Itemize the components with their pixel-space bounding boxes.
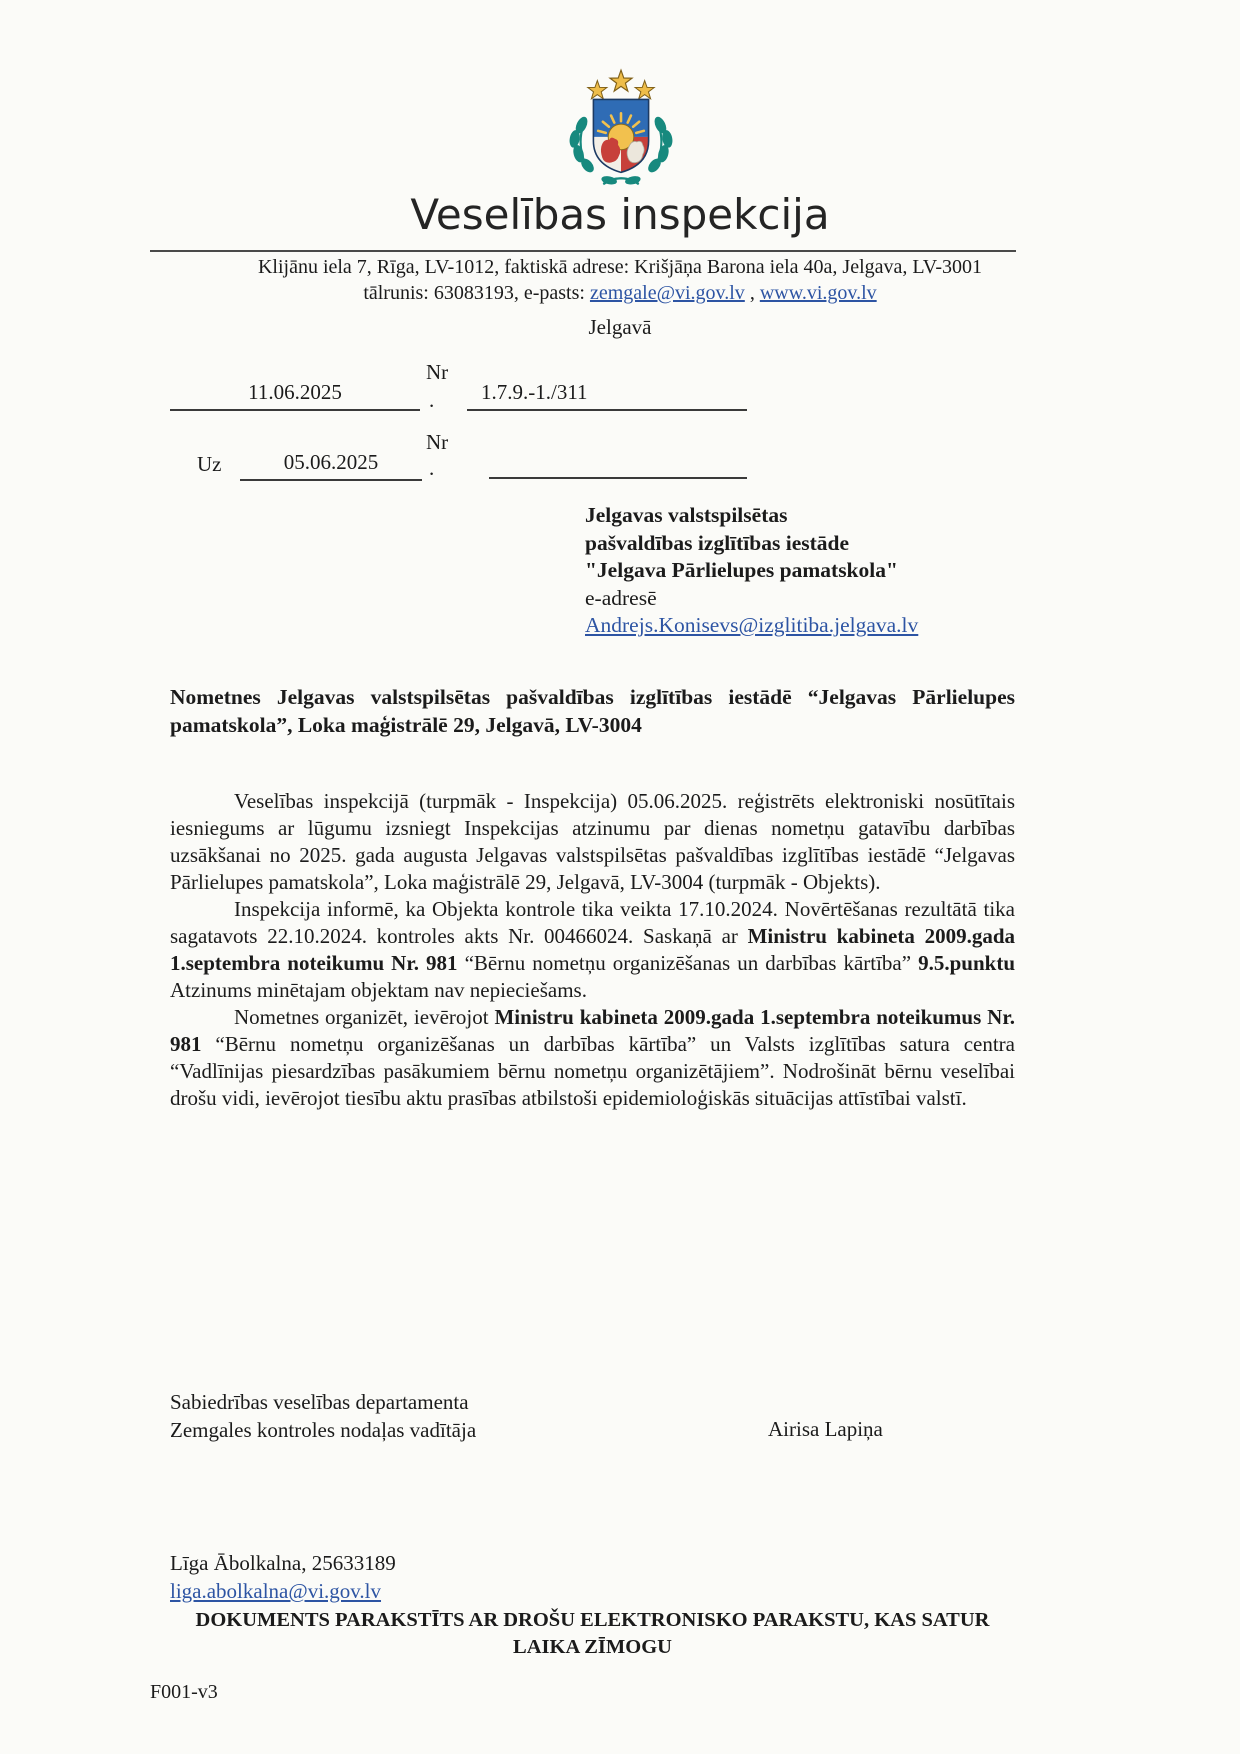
org-email-link[interactable]: zemgale@vi.gov.lv [590, 282, 745, 304]
body-paragraph: Inspekcija informē, ka Objekta kontrole … [170, 896, 1015, 1004]
org-contact-line: tālrunis: 63083193, e-pasts: zemgale@vi.… [0, 282, 1240, 305]
recipient-email-link[interactable]: Andrejs.Konisevs@izglitiba.jelgava.lv [585, 613, 918, 637]
place-name: Jelgavā [0, 315, 1240, 340]
incoming-number-field [489, 450, 747, 479]
outgoing-number-field: 1.7.9.-1./311 [467, 380, 747, 411]
esign-note-line: DOKUMENTS PARAKSTĪTS AR DROŠU ELEKTRONIS… [170, 1607, 1015, 1634]
recipient-block: Jelgavas valstspilsētas pašvaldības izgl… [585, 502, 918, 640]
latvia-coat-of-arms-icon [552, 66, 690, 198]
header-divider [150, 250, 1016, 252]
org-website-link[interactable]: www.vi.gov.lv [760, 282, 877, 304]
subject-heading: Nometnes Jelgavas valstspilsētas pašvald… [170, 684, 1015, 739]
letter-body: Veselības inspekcijā (turpmāk - Inspekci… [170, 788, 1015, 1112]
dot-separator: . [429, 456, 434, 481]
org-address-line: Klijānu iela 7, Rīga, LV-1012, faktiskā … [0, 256, 1240, 279]
outgoing-date-field: 11.06.2025 [170, 380, 420, 411]
document-page: Veselības inspekcija Klijānu iela 7, Rīg… [0, 0, 1240, 1754]
link-separator: , [745, 282, 760, 304]
org-title: Veselības inspekcija [0, 190, 1240, 239]
signature-dept-line: Sabiedrības veselības departamenta [170, 1388, 476, 1416]
recipient-eaddress-label: e-adresē [585, 585, 918, 613]
recipient-line: "Jelgava Pārlielupes pamatskola" [585, 557, 918, 585]
form-code: F001-v3 [150, 1681, 218, 1704]
body-paragraph: Nometnes organizēt, ievērojot Ministru k… [170, 1004, 1015, 1112]
dot-separator: . [429, 388, 434, 413]
signature-block: Sabiedrības veselības departamenta Zemga… [170, 1388, 476, 1444]
signature-title-line: Zemgales kontroles nodaļas vadītāja [170, 1416, 476, 1444]
body-paragraph: Veselības inspekcijā (turpmāk - Inspekci… [170, 788, 1015, 896]
esign-note-line: LAIKA ZĪMOGU [170, 1634, 1015, 1661]
contact-email-link[interactable]: liga.abolkalna@vi.gov.lv [170, 1579, 381, 1603]
uz-label: Uz [197, 452, 222, 477]
contact-person: Līga Ābolkalna, 25633189 [170, 1551, 396, 1576]
recipient-line: pašvaldības izglītības iestāde [585, 530, 918, 558]
recipient-line: Jelgavas valstspilsētas [585, 502, 918, 530]
phone-email-prefix: tālrunis: 63083193, e-pasts: [363, 282, 590, 304]
incoming-date-field: 05.06.2025 [240, 450, 422, 481]
esign-note: DOKUMENTS PARAKSTĪTS AR DROŠU ELEKTRONIS… [170, 1607, 1015, 1661]
signer-name: Airisa Lapiņa [768, 1417, 883, 1442]
nr-label-outgoing: Nr [426, 360, 448, 385]
nr-label-incoming: Nr [426, 430, 448, 455]
